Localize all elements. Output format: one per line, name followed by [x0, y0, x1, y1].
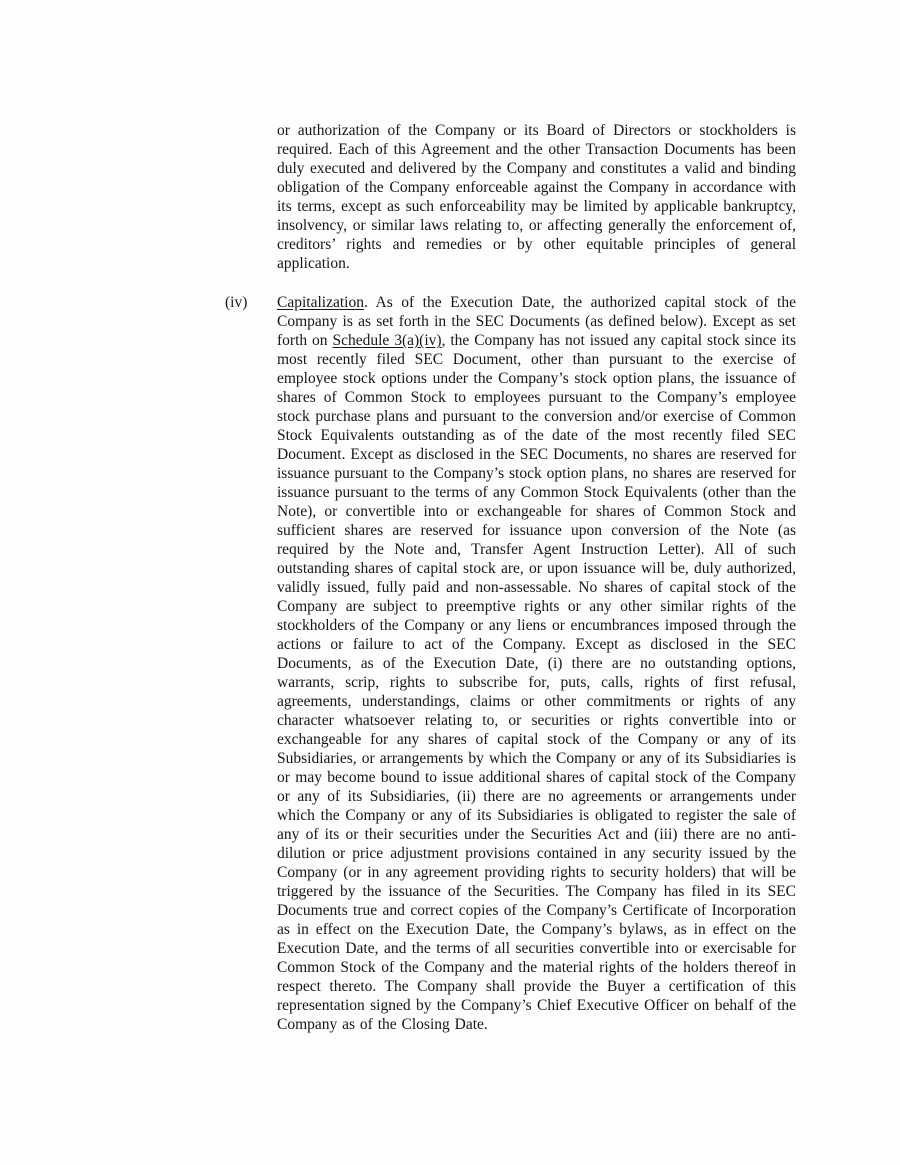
scanned-document-page: or authorization of the Company or its B…	[0, 0, 900, 1165]
underlined-heading-capitalization: Capitalization	[277, 294, 364, 311]
continuation-paragraph: or authorization of the Company or its B…	[277, 121, 796, 273]
list-item-iv: (iv) Capitalization. As of the Execution…	[225, 293, 796, 1034]
body-text-segment: , the Company has not issued any capital…	[277, 332, 796, 1033]
item-marker-iv: (iv)	[225, 293, 277, 312]
item-body-capitalization: Capitalization. As of the Execution Date…	[277, 293, 796, 1034]
underlined-reference-schedule: Schedule 3(a)(iv)	[332, 332, 441, 349]
